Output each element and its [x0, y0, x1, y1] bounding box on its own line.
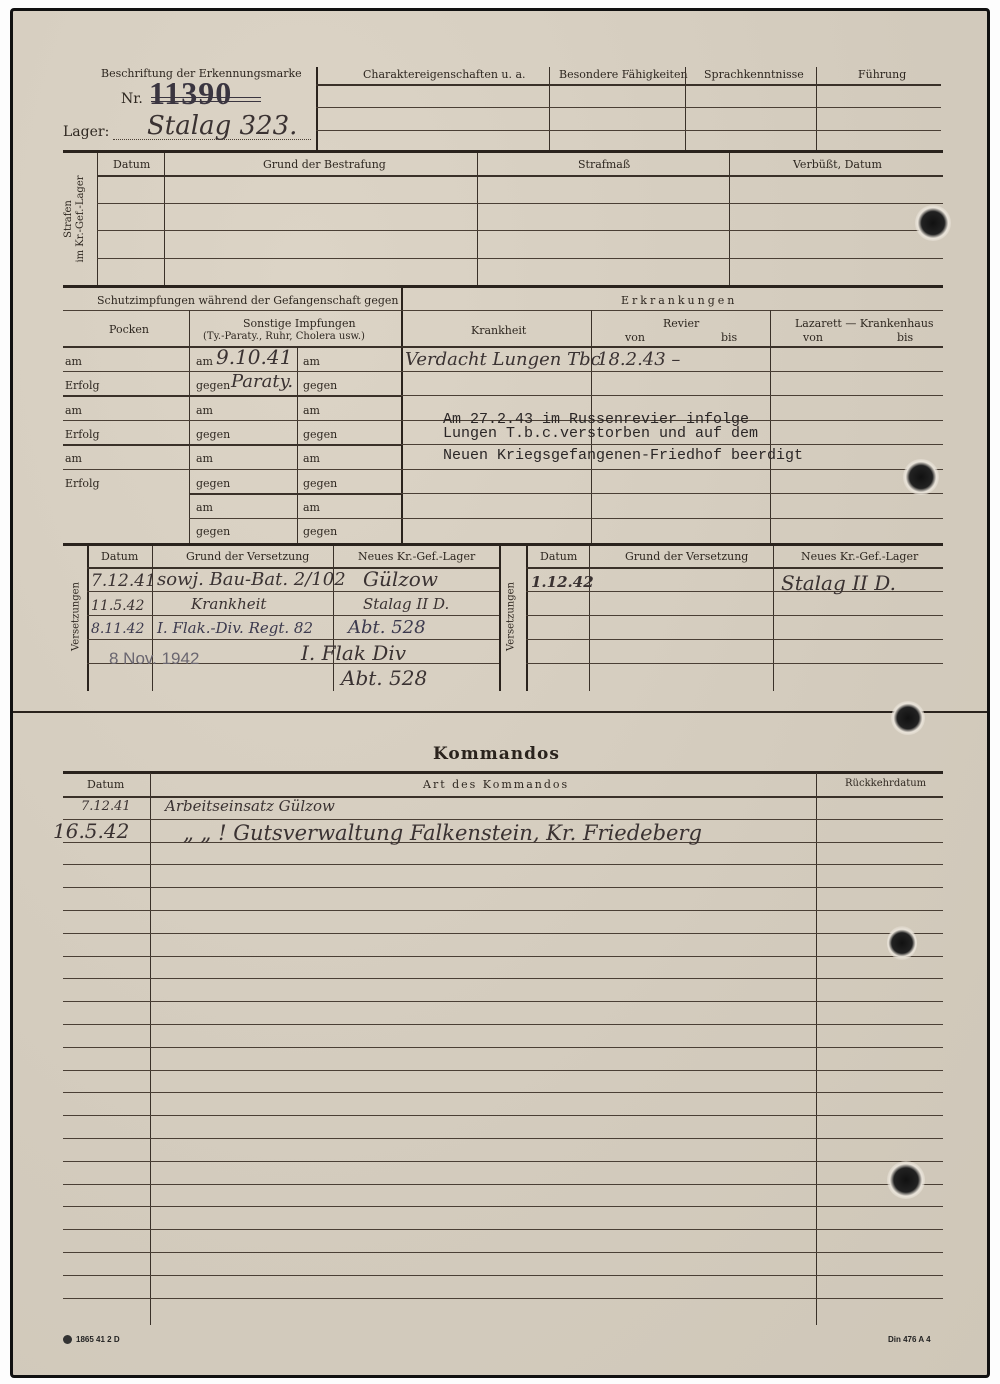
sonstige-label: Sonstige Impfungen	[243, 317, 356, 330]
vers-row2-grund: Krankheit	[191, 595, 266, 613]
strafen-side-label-1: Strafen	[63, 200, 74, 238]
rule	[63, 150, 943, 153]
rule	[97, 203, 943, 204]
sonst2-am-3: am	[303, 452, 320, 465]
col-faehigkeiten: Besondere Fähigkeiten	[559, 68, 688, 81]
rule	[401, 493, 943, 494]
col-sprachkenntnisse: Sprachkenntnisse	[704, 68, 804, 81]
vers-extra-lager-1: I. Flak Div	[301, 641, 406, 665]
divider	[729, 153, 730, 285]
death-note-line-3: Neuen Kriegsgefangenen-Friedhof beerdigt	[443, 447, 803, 465]
vers-row2-datum: 11.5.42	[91, 598, 144, 614]
vers-extra-lager-2: Abt. 528	[341, 666, 427, 690]
col-verbuesst: Verbüßt, Datum	[793, 158, 882, 171]
rule	[63, 310, 401, 311]
vers-row3-lager: Abt. 528	[348, 617, 426, 638]
vers-row3-grund: I. Flak.-Div. Regt. 82	[157, 619, 313, 637]
col-charakter: Charaktereigenschaften u. a.	[363, 68, 526, 81]
vers-col-datum-right: Datum	[540, 550, 577, 563]
rule	[63, 371, 401, 372]
punch-hole	[887, 1161, 925, 1199]
rule	[63, 771, 943, 774]
vers-row3-datum: 8.11.42	[91, 621, 144, 637]
divider	[499, 546, 501, 691]
sonstige-sub: (Ty.-Paraty., Ruhr, Cholera usw.)	[203, 331, 365, 342]
rule	[526, 615, 943, 616]
kommandos-col-art: Art des Kommandos	[423, 778, 569, 791]
col-lazarett: Lazarett — Krankenhaus	[795, 317, 934, 330]
divider	[685, 67, 686, 151]
pocken-am-2: am	[65, 404, 82, 417]
strafen-side-label-2: im Kr.-Gef.-Lager	[75, 175, 86, 262]
col-krankheit: Krankheit	[471, 324, 526, 337]
kommando-row2-art: „ „ ! Gutsverwaltung Falkenstein, Kr. Fr…	[183, 821, 702, 845]
rule	[97, 258, 943, 259]
vers-col-grund-left: Grund der Versetzung	[186, 550, 309, 563]
punch-hole	[891, 701, 925, 735]
pocken-am-3: am	[65, 452, 82, 465]
sonst-am-2: am	[196, 404, 213, 417]
strafen-side-label: Strafen im Kr.-Gef.-Lager	[63, 159, 87, 279]
sonst-gegen-3: gegen	[196, 477, 230, 490]
rule	[63, 1252, 943, 1253]
punch-hole	[915, 205, 951, 241]
rule	[316, 130, 941, 131]
rule	[63, 444, 401, 446]
fold-rule	[13, 711, 987, 713]
pocken-erfolg-2: Erfolg	[65, 428, 100, 441]
col-grund-bestrafung: Grund der Bestrafung	[263, 158, 386, 171]
rule	[63, 1184, 943, 1185]
vers-col-grund-right: Grund der Versetzung	[625, 550, 748, 563]
sonst2-gegen-3: gegen	[303, 477, 337, 490]
rule	[63, 1001, 943, 1002]
sonst2-gegen-4: gegen	[303, 525, 337, 538]
rule	[401, 469, 943, 470]
rule	[63, 1070, 943, 1071]
rule	[189, 518, 401, 519]
divider	[150, 773, 151, 1325]
pocken-am-1: am	[65, 355, 82, 368]
rule	[316, 107, 941, 108]
divider	[164, 153, 165, 285]
impfung-date: 9.10.41	[216, 345, 292, 369]
divider	[477, 153, 478, 285]
kommandos-col-datum: Datum	[87, 778, 124, 791]
lazarett-bis: bis	[897, 331, 913, 344]
col-fuehrung: Führung	[858, 68, 906, 81]
vers-row1-lager: Gülzow	[363, 567, 438, 591]
vers-col-lager-right: Neues Kr.-Gef.-Lager	[801, 550, 918, 563]
rule	[87, 615, 499, 616]
sonst-gegen-1: gegen	[196, 379, 230, 392]
pocken-erfolg-1: Erfolg	[65, 379, 100, 392]
kommandos-col-rueckkehr: Rückkehrdatum	[845, 778, 926, 789]
rule	[189, 493, 401, 495]
rule	[401, 395, 943, 396]
rule	[526, 567, 943, 569]
sonst2-am-2: am	[303, 404, 320, 417]
rule	[63, 285, 943, 288]
vers-row2-lager: Stalag II D.	[363, 595, 449, 613]
sonst-am-4: am	[196, 501, 213, 514]
rule	[401, 346, 943, 348]
rule	[63, 1206, 943, 1207]
rule	[63, 1047, 943, 1048]
kommando-row2-datum: 16.5.42	[53, 819, 129, 843]
divider	[97, 153, 98, 285]
date-stamp: 8 Nov. 1942	[109, 649, 199, 669]
rule	[63, 420, 401, 421]
vers-row1-datum: 7.12.41	[91, 571, 156, 591]
rule	[401, 518, 943, 519]
number-strike-line	[151, 97, 261, 98]
vers-col-lager-left: Neues Kr.-Gef.-Lager	[358, 550, 475, 563]
rule	[63, 887, 943, 888]
rule	[63, 1024, 943, 1025]
sonst-am-1: am	[196, 355, 213, 368]
rule	[63, 1298, 943, 1299]
col-revier: Revier	[663, 317, 699, 330]
sonst-am-3: am	[196, 452, 213, 465]
rule	[97, 230, 943, 231]
rule	[316, 84, 941, 86]
rule	[63, 978, 943, 979]
vers-right-row1-datum: 1.12.42	[531, 573, 594, 591]
versetzungen-side-label-left: Versetzungen	[71, 577, 82, 657]
rule	[63, 864, 943, 865]
number-strike-line	[151, 101, 261, 102]
pocken-erfolg-3: Erfolg	[65, 477, 100, 490]
rule	[63, 543, 943, 546]
rule	[63, 1115, 943, 1116]
punch-hole	[887, 926, 917, 960]
divider	[549, 67, 550, 151]
sonst-gegen-4: gegen	[196, 525, 230, 538]
kommando-row1-art: Arbeitseinsatz Gülzow	[165, 797, 335, 815]
sonst2-am-1: am	[303, 355, 320, 368]
revier-von-entry: 18.2.43 –	[597, 349, 680, 370]
impfungen-title: Schutzimpfungen während der Gefangenscha…	[97, 294, 398, 307]
rule	[526, 663, 943, 664]
rule	[63, 956, 943, 957]
vers-col-datum-left: Datum	[101, 550, 138, 563]
kommando-row1-datum: 7.12.41	[81, 799, 131, 814]
rule	[63, 395, 401, 397]
printer-logo-icon	[63, 1335, 72, 1344]
rule	[63, 1229, 943, 1230]
divider	[816, 67, 817, 151]
erkrankungen-title: Erkrankungen	[621, 294, 737, 307]
nr-label: Nr.	[121, 91, 143, 107]
versetzungen-side-label-right: Versetzungen	[506, 577, 517, 657]
rule	[63, 819, 943, 820]
impfung-gegen: Paraty.	[231, 371, 293, 392]
revier-bis: bis	[721, 331, 737, 344]
rule	[63, 910, 943, 911]
rule	[87, 591, 499, 592]
pocken-label: Pocken	[109, 323, 149, 336]
revier-von: von	[625, 331, 645, 344]
id-number: 11390	[149, 75, 232, 112]
sonst2-am-4: am	[303, 501, 320, 514]
lager-label: Lager:	[63, 124, 109, 140]
rule	[63, 469, 401, 470]
punch-hole	[903, 459, 939, 495]
din-format: Din 476 A 4	[888, 1335, 931, 1344]
rule	[401, 444, 943, 445]
printer-mark: 1865 41 2 D	[63, 1335, 120, 1344]
col-datum: Datum	[113, 158, 150, 171]
sonst2-gegen-1: gegen	[303, 379, 337, 392]
prisoner-record-card: Beschriftung der Erkennungsmarke Nr. 113…	[10, 8, 990, 1378]
divider	[816, 773, 817, 1325]
header-divider	[316, 67, 318, 151]
death-note-line-2: Lungen T.b.c.verstorben und auf dem	[443, 425, 758, 443]
krankheit-entry: Verdacht Lungen Tbc	[405, 349, 601, 370]
divider	[401, 288, 403, 544]
rule	[63, 1161, 943, 1162]
col-strafmass: Strafmaß	[578, 158, 630, 171]
sonst-gegen-2: gegen	[196, 428, 230, 441]
vers-right-row1-lager: Stalag II D.	[781, 571, 896, 595]
rule	[526, 639, 943, 640]
lager-value: Stalag 323.	[147, 111, 297, 141]
rule	[401, 371, 943, 372]
kommandos-title: Kommandos	[433, 744, 560, 764]
lazarett-von: von	[803, 331, 823, 344]
rule	[63, 1138, 943, 1139]
form-number: 1865 41 2 D	[76, 1335, 120, 1344]
rule	[87, 639, 499, 640]
rule	[63, 933, 943, 934]
rule	[97, 175, 943, 177]
rule	[63, 1092, 943, 1093]
sonst2-gegen-2: gegen	[303, 428, 337, 441]
rule	[63, 1275, 943, 1276]
rule	[401, 310, 943, 311]
vers-row1-grund: sowj. Bau-Bat. 2/102	[157, 569, 346, 590]
